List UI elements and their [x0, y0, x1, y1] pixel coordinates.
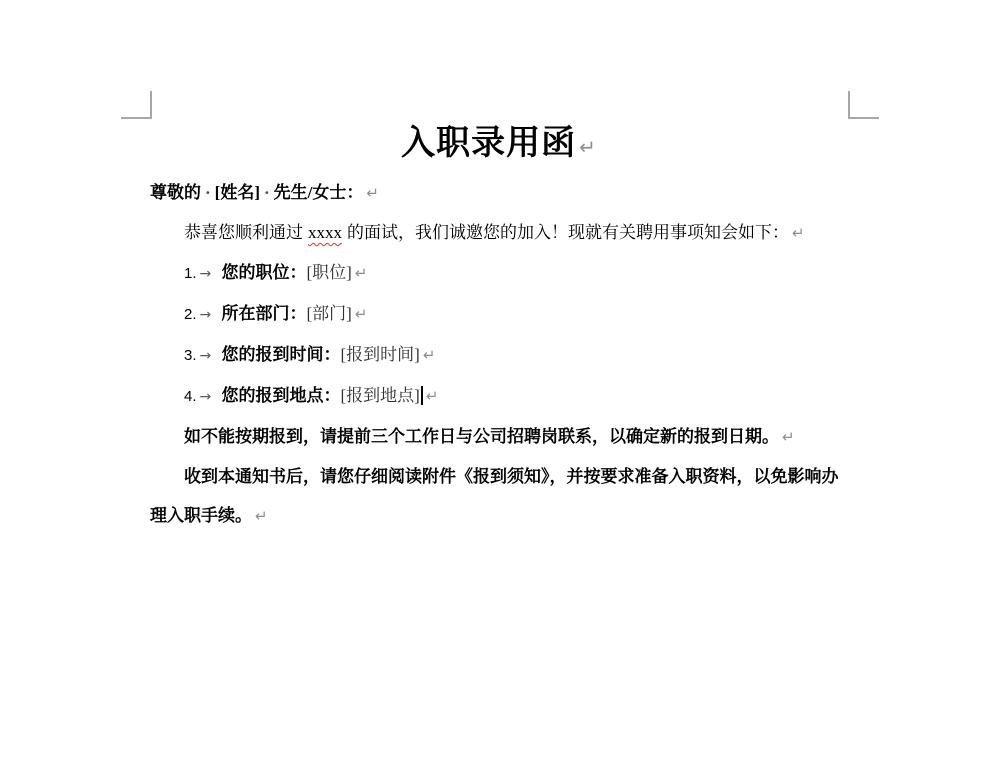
pilcrow-icon: ↵: [423, 346, 436, 364]
report-time-placeholder-field[interactable]: [报到时间]: [341, 345, 420, 364]
misspelled-word[interactable]: xxxx: [308, 223, 342, 242]
pilcrow-icon: ↵: [579, 135, 597, 159]
document-body[interactable]: 入职录用函↵ 尊敬的·[姓名]·先生/女士：↵ 恭喜您顺利通过xxxx的面试，我…: [150, 118, 848, 536]
pilcrow-icon: ↵: [366, 184, 379, 202]
pilcrow-icon: ↵: [255, 507, 268, 525]
department-placeholder-field[interactable]: [部门]: [307, 304, 352, 323]
list-number: 3.: [184, 347, 197, 364]
notice-text: 如不能按期报到，请提前三个工作日与公司招聘岗联系，以确定新的报到日期。: [184, 427, 779, 446]
position-placeholder-field[interactable]: [职位]: [307, 263, 352, 282]
document-title-line[interactable]: 入职录用函↵: [150, 118, 848, 173]
intro-text-after: 的面试，我们诚邀您的加入！现就有关聘用事项知会如下：: [347, 223, 789, 242]
tab-mark-icon: →: [197, 378, 222, 417]
intro-paragraph[interactable]: 恭喜您顺利通过xxxx的面试，我们诚邀您的加入！现就有关聘用事项知会如下：↵: [150, 213, 848, 253]
list-item-report-time[interactable]: 3.→您的报到时间：[报到时间]↵: [150, 335, 848, 376]
list-item-report-location[interactable]: 4.→您的报到地点：[报到地点]↵: [150, 376, 848, 417]
list-item-position[interactable]: 1.→您的职位：[职位]↵: [150, 253, 848, 294]
list-label: 您的报到时间：: [222, 345, 341, 364]
salutation-suffix: 先生/女士：: [274, 183, 364, 202]
attachment-paragraph[interactable]: 收到本通知书后，请您仔细阅读附件《报到须知》，并按要求准备入职资料，以免影响办理…: [150, 457, 848, 536]
list-number: 4.: [184, 388, 197, 405]
space-mark-icon: ·: [264, 183, 270, 202]
list-item-department[interactable]: 2.→所在部门：[部门]↵: [150, 294, 848, 335]
list-number: 2.: [184, 306, 197, 323]
space-mark-icon: ·: [205, 183, 211, 202]
tab-mark-icon: →: [197, 337, 222, 376]
notice-paragraph[interactable]: 如不能按期报到，请提前三个工作日与公司招聘岗联系，以确定新的报到日期。↵: [150, 417, 848, 457]
name-placeholder-field[interactable]: [姓名]: [215, 183, 260, 202]
report-location-placeholder-field[interactable]: [报到地点]: [341, 386, 420, 405]
pilcrow-icon: ↵: [355, 264, 368, 282]
salutation-prefix: 尊敬的: [150, 183, 201, 202]
word-document-page: { "marks": { "pilcrow": "↵", "tab_arrow"…: [0, 0, 996, 763]
page-margin-mark-top-left: [121, 91, 152, 119]
intro-text-before: 恭喜您顺利通过: [184, 223, 303, 242]
page-margin-mark-top-right: [848, 91, 879, 119]
pilcrow-icon: ↵: [355, 305, 368, 323]
pilcrow-icon: ↵: [782, 428, 795, 446]
pilcrow-icon: ↵: [426, 387, 439, 405]
list-label: 所在部门：: [222, 304, 307, 323]
text-cursor: [421, 386, 423, 405]
document-title: 入职录用函: [401, 125, 576, 162]
attachment-text: 收到本通知书后，请您仔细阅读附件《报到须知》，并按要求准备入职资料，以免影响办理…: [150, 467, 839, 525]
list-label: 您的职位：: [222, 263, 307, 282]
list-number: 1.: [184, 265, 197, 282]
list-label: 您的报到地点：: [222, 386, 341, 405]
pilcrow-icon: ↵: [792, 224, 805, 242]
tab-mark-icon: →: [197, 296, 222, 335]
tab-mark-icon: →: [197, 255, 222, 294]
salutation-line[interactable]: 尊敬的·[姓名]·先生/女士：↵: [150, 173, 848, 213]
